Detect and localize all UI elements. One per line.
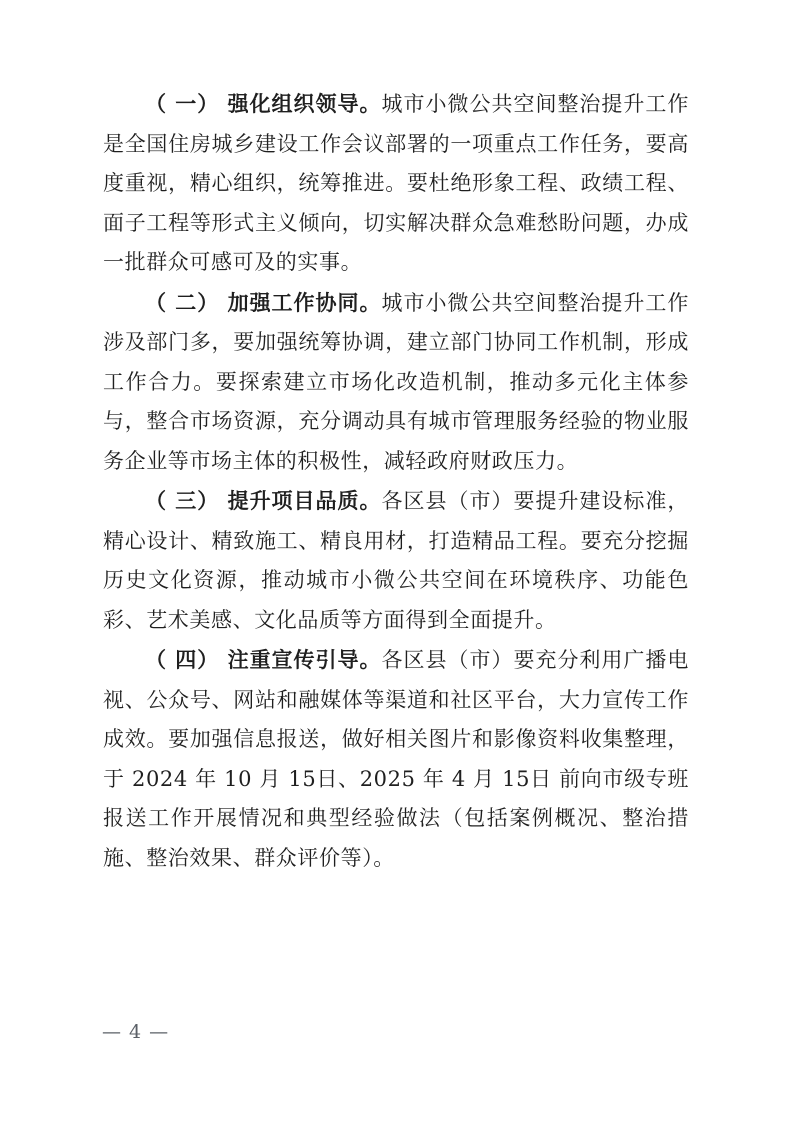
paragraph-1: （ 一） 强化组织领导。城市小微公共空间整治提升工作是全国住房城乡建设工作会议部…: [103, 84, 689, 283]
paragraph-2-text: 城市小微公共空间整治提升工作涉及部门多，要加强统筹协调，建立部门协同工作机制，形…: [103, 291, 689, 473]
document-page: （ 一） 强化组织领导。城市小微公共空间整治提升工作是全国住房城乡建设工作会议部…: [0, 0, 793, 1122]
paragraph-4-heading: （ 四） 注重宣传引导。: [145, 647, 382, 672]
paragraph-4: （ 四） 注重宣传引导。各区县（市）要充分利用广播电视、公众号、网站和融媒体等渠…: [103, 640, 689, 878]
paragraph-2-heading: （ 二） 加强工作协同。: [145, 290, 382, 315]
paragraph-1-heading: （ 一） 强化组织领导。: [145, 91, 382, 116]
paragraph-2: （ 二） 加强工作协同。城市小微公共空间整治提升工作涉及部门多，要加强统筹协调，…: [103, 283, 689, 482]
page-number-footer: — 4 —: [102, 1018, 169, 1046]
paragraph-3-heading: （ 三） 提升项目品质。: [145, 488, 382, 513]
paragraph-3: （ 三） 提升项目品质。各区县（市）要提升建设标准，精心设计、精致施工、精良用材…: [103, 481, 689, 640]
paragraph-1-text: 城市小微公共空间整治提升工作是全国住房城乡建设工作会议部署的一项重点工作任务，要…: [103, 92, 689, 274]
document-body: （ 一） 强化组织领导。城市小微公共空间整治提升工作是全国住房城乡建设工作会议部…: [103, 84, 689, 878]
paragraph-4-text: 各区县（市）要充分利用广播电视、公众号、网站和融媒体等渠道和社区平台，大力宣传工…: [103, 648, 689, 870]
